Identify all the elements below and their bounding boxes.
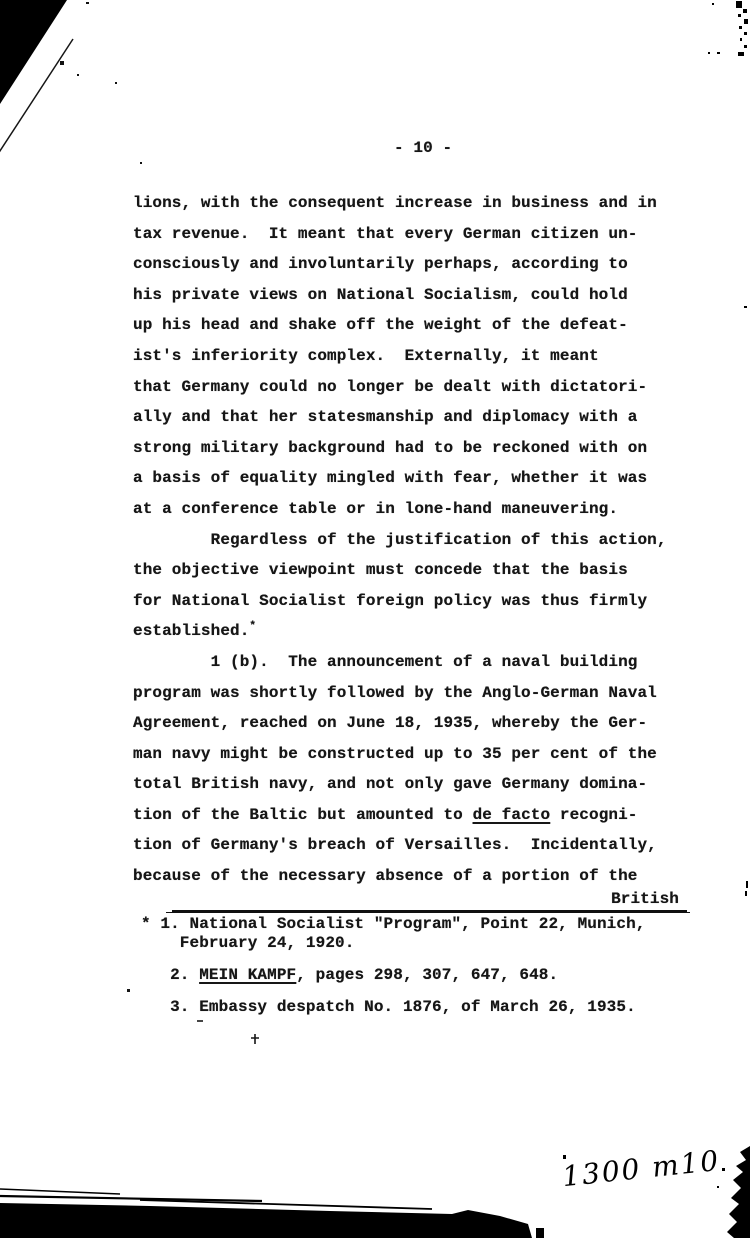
text-line: 3. Embassy despatch No. 1876, of March 2… — [141, 998, 701, 1017]
text-line: man navy might be constructed up to 35 p… — [133, 739, 679, 770]
text-line: established.* — [133, 616, 679, 647]
catchword: British — [133, 890, 679, 908]
text-line: because of the necessary absence of a po… — [133, 861, 679, 892]
text-line: tax revenue. It meant that every German … — [133, 219, 679, 250]
text-line: tion of the Baltic but amounted to de fa… — [133, 800, 679, 831]
body-text: lions, with the consequent increase in b… — [133, 188, 679, 892]
footnote-separator-rule — [172, 910, 687, 913]
text-line: total British navy, and not only gave Ge… — [133, 769, 679, 800]
text-line: Agreement, reached on June 18, 1935, whe… — [133, 708, 679, 739]
speckle-cluster-topright — [708, 1, 748, 56]
dust-specks-topleft — [60, 2, 142, 164]
corner-crease-line — [0, 39, 73, 154]
text-line: ist's inferiority complex. Externally, i… — [133, 341, 679, 372]
text-line: program was shortly followed by the Angl… — [133, 678, 679, 709]
footnote-item: * 1. National Socialist "Program", Point… — [141, 915, 701, 953]
handwritten-annotation: 1300 m10 — [561, 1144, 724, 1194]
scanned-document-page: - 10 - lions, with the consequent increa… — [0, 0, 750, 1238]
text-line: his private views on National Socialism,… — [133, 280, 679, 311]
text-line: at a conference table or in lone-hand ma… — [133, 494, 679, 525]
text-line: a basis of equality mingled with fear, w… — [133, 463, 679, 494]
text-line: Regardless of the justification of this … — [133, 525, 679, 556]
text-line: 2. MEIN KAMPF, pages 298, 307, 647, 648. — [141, 966, 701, 985]
text-line: up his head and shake off the weight of … — [133, 310, 679, 341]
footnote-item: 2. MEIN KAMPF, pages 298, 307, 647, 648. — [141, 966, 701, 985]
corner-fold-artifact — [0, 0, 67, 104]
footnotes: * 1. National Socialist "Program", Point… — [141, 915, 701, 1030]
text-line: the objective viewpoint must concede tha… — [133, 555, 679, 586]
bottom-right-blob — [727, 1146, 750, 1238]
bottom-scan-band — [0, 1189, 544, 1238]
text-line: 1 (b). The announcement of a naval build… — [133, 647, 679, 678]
text-line: strong military background had to be rec… — [133, 433, 679, 464]
text-line: lions, with the consequent increase in b… — [133, 188, 679, 219]
text-line: that Germany could no longer be dealt wi… — [133, 372, 679, 403]
right-edge-marks — [744, 306, 748, 896]
text-line: February 24, 1920. — [141, 934, 701, 953]
page-number: - 10 - — [394, 139, 452, 157]
text-line: ally and that her statesmanship and dipl… — [133, 402, 679, 433]
text-line: for National Socialist foreign policy wa… — [133, 586, 679, 617]
text-line: tion of Germany's breach of Versailles. … — [133, 830, 679, 861]
text-line: * 1. National Socialist "Program", Point… — [141, 915, 701, 934]
footnote-item: 3. Embassy despatch No. 1876, of March 2… — [141, 998, 701, 1017]
text-line: consciously and involuntarily perhaps, a… — [133, 249, 679, 280]
